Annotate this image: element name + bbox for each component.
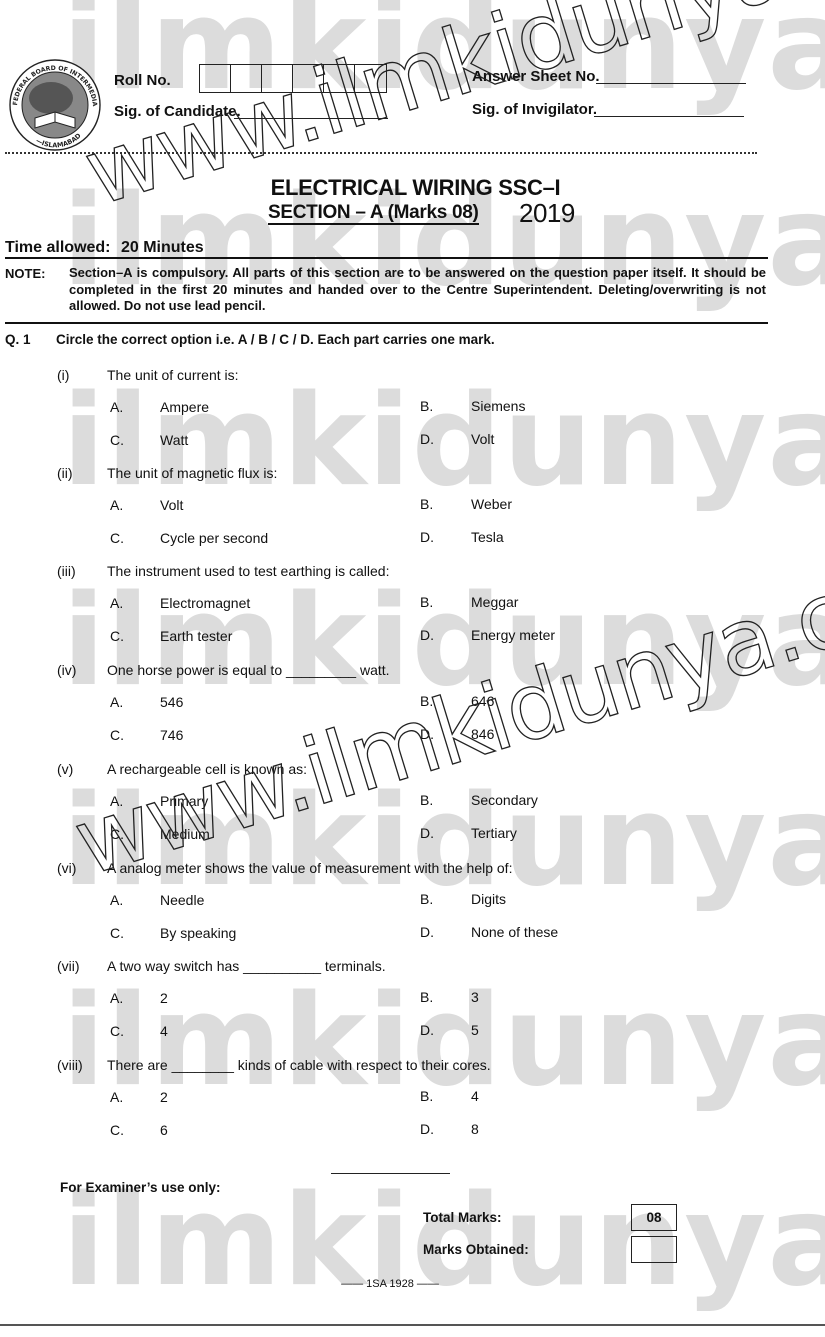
part-number: (iv) — [57, 662, 76, 678]
option-value[interactable]: Meggar — [471, 594, 518, 610]
option-value[interactable]: Energy meter — [471, 627, 555, 643]
option-letter[interactable]: A. — [110, 990, 123, 1006]
answer-sheet-field[interactable] — [596, 67, 746, 84]
option-value[interactable]: Siemens — [471, 398, 525, 414]
option-letter[interactable]: A. — [110, 1089, 123, 1105]
part-number: (vii) — [57, 958, 80, 974]
part-number: (vi) — [57, 860, 76, 876]
option-value[interactable]: 4 — [471, 1088, 479, 1104]
option-letter[interactable]: B. — [420, 989, 433, 1005]
paper-code: —— 1SA 1928 —— — [0, 1278, 780, 1290]
option-value[interactable]: Volt — [160, 497, 183, 513]
option-letter[interactable]: C. — [110, 432, 124, 448]
part-number: (ii) — [57, 465, 73, 481]
option-value[interactable]: Tertiary — [471, 825, 517, 841]
option-value[interactable]: Ampere — [160, 399, 209, 415]
time-allowed-label: Time allowed: — [5, 239, 111, 256]
option-value[interactable]: 8 — [471, 1121, 479, 1137]
page-bottom-rule — [0, 1324, 825, 1326]
option-letter[interactable]: B. — [420, 398, 433, 414]
exam-year: 2019 — [519, 198, 575, 229]
option-value[interactable]: 4 — [160, 1023, 168, 1039]
option-letter[interactable]: B. — [420, 496, 433, 512]
divider — [5, 257, 768, 259]
roll-no-label: Roll No. — [114, 72, 171, 89]
option-value[interactable]: Volt — [471, 431, 494, 447]
option-value[interactable]: 546 — [160, 694, 183, 710]
time-allowed: Time allowed: 20 Minutes — [5, 239, 204, 257]
option-letter[interactable]: D. — [420, 1121, 434, 1137]
option-letter[interactable]: A. — [110, 497, 123, 513]
option-value[interactable]: Cycle per second — [160, 530, 268, 546]
option-value[interactable]: Tesla — [471, 529, 504, 545]
option-letter[interactable]: C. — [110, 1122, 124, 1138]
option-value[interactable]: Needle — [160, 892, 204, 908]
sig-invigilator-field[interactable] — [594, 100, 744, 117]
option-value[interactable]: Digits — [471, 891, 506, 907]
examiner-label: For Examiner’s use only: — [60, 1180, 221, 1195]
option-letter[interactable]: B. — [420, 1088, 433, 1104]
part-number: (i) — [57, 367, 69, 383]
option-letter[interactable]: B. — [420, 594, 433, 610]
option-letter[interactable]: D. — [420, 431, 434, 447]
question-instruction: Circle the correct option i.e. A / B / C… — [56, 332, 495, 347]
section-heading: SECTION – A (Marks 08) — [268, 202, 479, 225]
option-value[interactable]: Secondary — [471, 792, 538, 808]
question-number: Q. 1 — [5, 332, 31, 347]
option-value[interactable]: 6 — [160, 1122, 168, 1138]
marks-obtained-box[interactable] — [631, 1236, 677, 1263]
option-letter[interactable]: C. — [110, 925, 124, 941]
option-value[interactable]: 2 — [160, 990, 168, 1006]
option-letter[interactable]: C. — [110, 727, 124, 743]
part-number: (viii) — [57, 1057, 83, 1073]
watermark-fill: ilmkidunya.com — [62, 978, 825, 1104]
part-question-text: The unit of current is: — [107, 367, 239, 383]
option-value[interactable]: None of these — [471, 924, 558, 940]
note-label: NOTE: — [5, 266, 45, 281]
option-letter[interactable]: D. — [420, 529, 434, 545]
option-value[interactable]: Watt — [160, 432, 188, 448]
end-line — [331, 1173, 450, 1174]
option-letter[interactable]: D. — [420, 1022, 434, 1038]
option-letter[interactable]: D. — [420, 825, 434, 841]
option-letter[interactable]: A. — [110, 595, 123, 611]
subject-title-text: ELECTRICAL WIRING SSC–I — [271, 175, 561, 200]
option-letter[interactable]: C. — [110, 628, 124, 644]
part-question-text: The unit of magnetic flux is: — [107, 465, 277, 481]
divider — [5, 322, 768, 324]
part-question-text: One horse power is equal to _________ wa… — [107, 662, 390, 678]
option-value[interactable]: 3 — [471, 989, 479, 1005]
option-value[interactable]: 2 — [160, 1089, 168, 1105]
option-value[interactable]: Electromagnet — [160, 595, 250, 611]
part-question-text: There are ________ kinds of cable with r… — [107, 1057, 491, 1073]
option-letter[interactable]: A. — [110, 694, 123, 710]
time-allowed-value: 20 Minutes — [121, 239, 204, 256]
total-marks-box: 08 — [631, 1204, 677, 1231]
option-value[interactable]: 746 — [160, 727, 183, 743]
option-letter[interactable]: D. — [420, 924, 434, 940]
option-value[interactable]: 5 — [471, 1022, 479, 1038]
option-value[interactable]: Earth tester — [160, 628, 232, 644]
part-number: (v) — [57, 761, 73, 777]
part-question-text: The instrument used to test earthing is … — [107, 563, 389, 579]
marks-obtained-label: Marks Obtained: — [423, 1242, 529, 1257]
option-value[interactable]: Weber — [471, 496, 512, 512]
option-letter[interactable]: A. — [110, 892, 123, 908]
option-letter[interactable]: C. — [110, 530, 124, 546]
option-letter[interactable]: A. — [110, 399, 123, 415]
option-letter[interactable]: D. — [420, 627, 434, 643]
option-value[interactable]: By speaking — [160, 925, 236, 941]
option-letter[interactable]: C. — [110, 1023, 124, 1039]
total-marks-label: Total Marks: — [423, 1210, 502, 1225]
note-text: Section–A is compulsory. All parts of th… — [69, 265, 766, 315]
part-number: (iii) — [57, 563, 76, 579]
part-question-text: A two way switch has __________ terminal… — [107, 958, 386, 974]
option-letter[interactable]: B. — [420, 891, 433, 907]
